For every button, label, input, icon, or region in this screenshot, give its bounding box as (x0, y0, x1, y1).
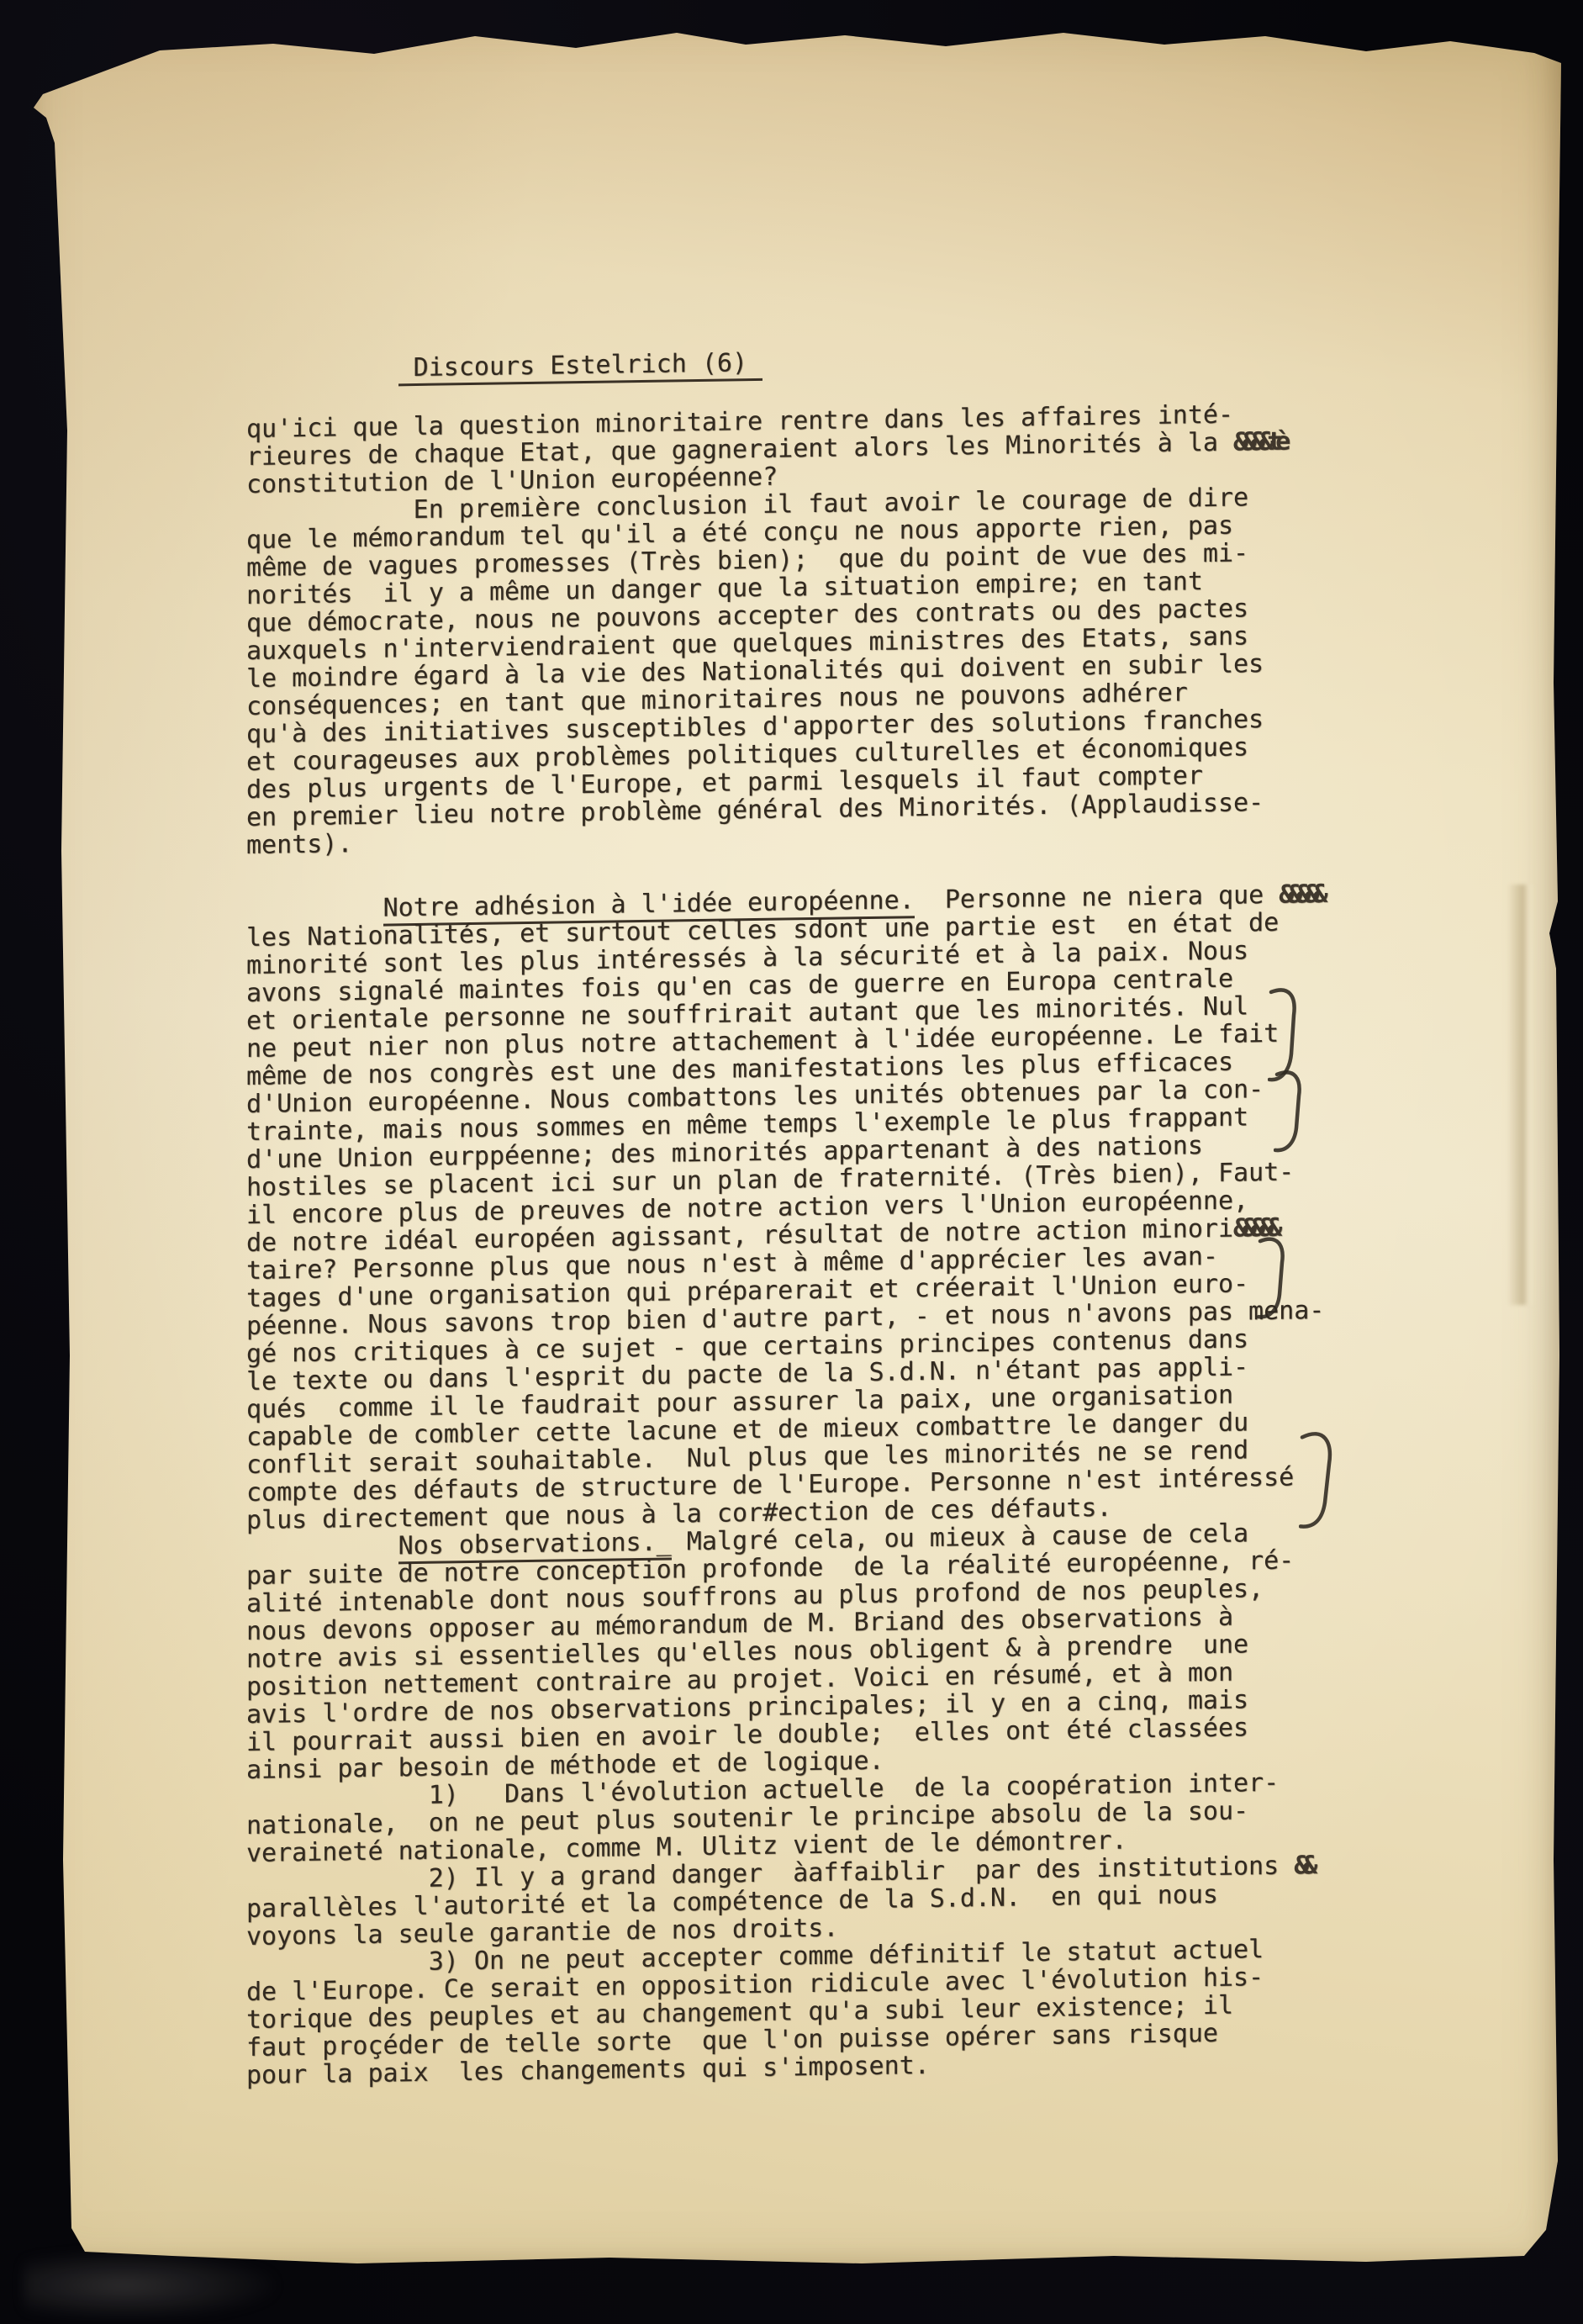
typed-strikeover: &&&&& (1233, 1213, 1275, 1244)
document-title: Discours Estelrich (6) (246, 338, 1491, 384)
typed-strikeover: &&&&tè (1233, 427, 1284, 457)
paper-crease (1507, 885, 1536, 1305)
typed-text-block: Discours Estelrich (6) qu'ici que la que… (246, 338, 1491, 2089)
typed-strikeover: && (1294, 1851, 1311, 1880)
scanner-smudge-mark (24, 2252, 276, 2319)
paper-sheet: Discours Estelrich (6) qu'ici que la que… (21, 10, 1564, 2274)
typed-strikeover: &&&&& (1279, 879, 1321, 910)
scanned-typescript-page: { "document": { "language": "French", "t… (0, 0, 1583, 2324)
